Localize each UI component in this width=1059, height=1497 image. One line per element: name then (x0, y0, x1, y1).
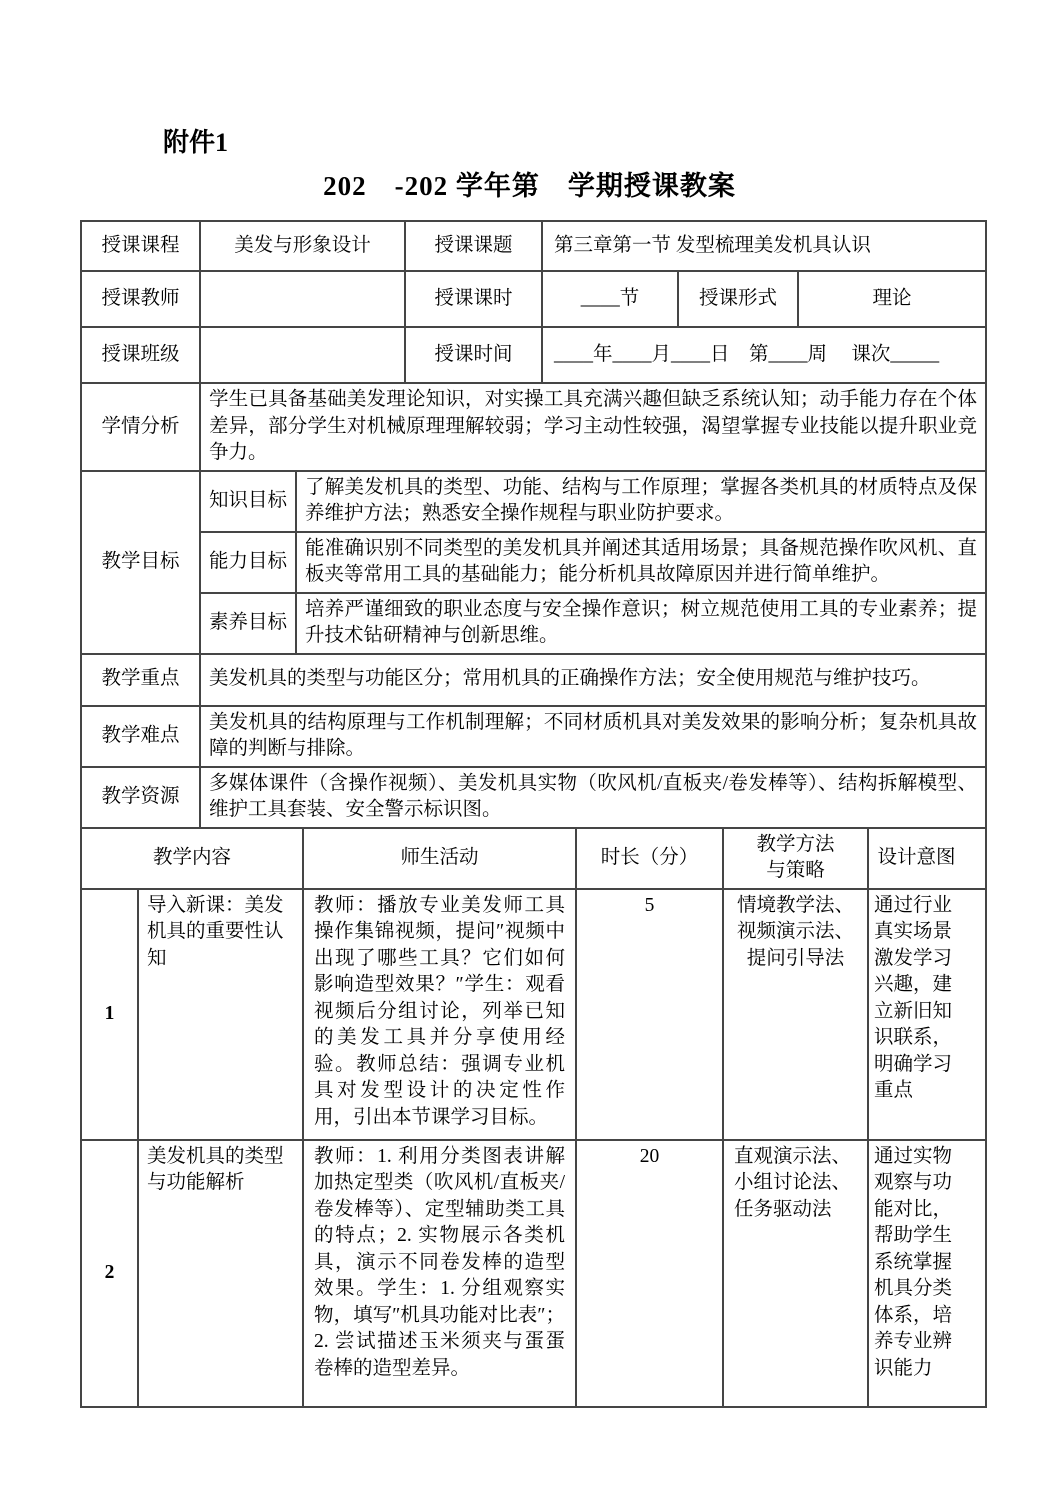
class-label: 授课班级 (82, 342, 199, 369)
key-points-text: 美发机具的类型与功能区分；常用机具的正确操作方法；安全使用规范与维护技巧。 (209, 666, 977, 693)
row1-number: 1 (82, 1001, 137, 1028)
ability-goal-text-cell: 能准确识别不同类型的美发机具并阐述其适用场景；具备规范操作吹风机、直板夹等常用工… (297, 533, 987, 594)
topic-value: 第三章第一节 发型梳理美发机具认识 (554, 233, 985, 260)
analysis-text-cell: 学生已具备基础美发理论知识，对实操工具充满兴趣但缺乏系统认知；动手能力存在个体差… (201, 384, 987, 472)
time-blank: ____年____月____日 第____周 课次_____ (554, 342, 985, 369)
row1-intent-cell: 通过行业真实场景激发学习兴趣，建立新旧知识联系，明确学习重点 (869, 890, 987, 1141)
key-points-row: 教学重点 美发机具的类型与功能区分；常用机具的正确操作方法；安全使用规范与维护技… (82, 655, 987, 707)
row2-number-cell: 2 (82, 1141, 139, 1408)
header-method: 教学方法 与策略 (734, 832, 857, 885)
header-content-cell: 教学内容 (82, 829, 304, 890)
row2-intent: 通过实物观察与功能对比，帮助学生系统掌握机具分类体系，培养专业辨识能力 (874, 1144, 959, 1383)
literacy-goal-label: 素养目标 (201, 610, 295, 637)
header-content: 教学内容 (82, 845, 302, 872)
row1-intent: 通过行业真实场景激发学习兴趣，建立新旧知识联系，明确学习重点 (874, 893, 959, 1105)
topic-label-cell: 授课课题 (406, 222, 543, 272)
form-label: 授课形式 (679, 286, 797, 313)
objective-ability-row: 能力目标 能准确识别不同类型的美发机具并阐述其适用场景；具备规范操作吹风机、直板… (201, 533, 987, 594)
row2-content: 美发机具的类型与功能解析 (147, 1144, 294, 1197)
header-activity: 师生活动 (304, 845, 575, 872)
teacher-label-cell: 授课教师 (82, 272, 201, 328)
attachment-label: 附件1 (163, 0, 1059, 158)
objectives-row: 教学目标 知识目标 了解美发机具的类型、功能、结构与工作原理；掌握各类机具的材质… (82, 472, 987, 655)
row1-number-cell: 1 (82, 890, 139, 1141)
difficulties-label: 教学难点 (82, 723, 199, 750)
objectives-label: 教学目标 (82, 549, 199, 576)
ability-goal-text: 能准确识别不同类型的美发机具并阐述其适用场景；具备规范操作吹风机、直板夹等常用工… (305, 536, 977, 589)
topic-value-cell: 第三章第一节 发型梳理美发机具认识 (543, 222, 987, 272)
objectives-label-cell: 教学目标 (82, 472, 201, 655)
difficulties-label-cell: 教学难点 (82, 707, 201, 768)
plan-row-1: 1 导入新课：美发机具的重要性认知 教师：播放专业美发师工具操作集锦视频，提问″… (82, 890, 987, 1141)
teacher-label: 授课教师 (82, 286, 199, 313)
resources-text: 多媒体课件（含操作视频）、美发机具实物（吹风机/直板夹/卷发棒等）、结构拆解模型… (209, 771, 977, 824)
analysis-row: 学情分析 学生已具备基础美发理论知识，对实操工具充满兴趣但缺乏系统认知；动手能力… (82, 384, 987, 472)
ability-goal-label: 能力目标 (201, 549, 295, 576)
key-points-label: 教学重点 (82, 666, 199, 693)
objective-knowledge-row: 知识目标 了解美发机具的类型、功能、结构与工作原理；掌握各类机具的材质特点及保养… (201, 472, 987, 533)
row2-activity-cell: 教师：1. 利用分类图表讲解加热定型类（吹风机/直板夹/卷发棒等）、定型辅助类工… (304, 1141, 577, 1408)
literacy-goal-text: 培养严谨细致的职业态度与安全操作意识；树立规范使用工具的专业素养；提升技术钻研精… (305, 597, 977, 650)
ability-goal-label-cell: 能力目标 (201, 533, 297, 594)
hours-label: 授课课时 (406, 286, 541, 313)
row1-content: 导入新课：美发机具的重要性认知 (147, 893, 294, 973)
objective-literacy-row: 素养目标 培养严谨细致的职业态度与安全操作意识；树立规范使用工具的专业素养；提升… (201, 594, 987, 655)
row1-activity: 教师：播放专业美发师工具操作集锦视频，提问″视频中出现了哪些工具？它们如何影响造… (314, 893, 565, 1132)
key-points-label-cell: 教学重点 (82, 655, 201, 707)
time-value-cell: ____年____月____日 第____周 课次_____ (543, 328, 987, 384)
row1-duration-cell: 5 (577, 890, 724, 1141)
knowledge-goal-text: 了解美发机具的类型、功能、结构与工作原理；掌握各类机具的材质特点及保养维护方法；… (305, 475, 977, 528)
time-label-cell: 授课时间 (406, 328, 543, 384)
resources-label-cell: 教学资源 (82, 768, 201, 829)
difficulties-text-cell: 美发机具的结构原理与工作机制理解；不同材质机具对美发效果的影响分析；复杂机具故障… (201, 707, 987, 768)
info-row-class: 授课班级 授课时间 ____年____月____日 第____周 课次_____ (82, 328, 987, 384)
topic-label: 授课课题 (406, 233, 541, 260)
row2-activity: 教师：1. 利用分类图表讲解加热定型类（吹风机/直板夹/卷发棒等）、定型辅助类工… (314, 1144, 565, 1383)
course-value: 美发与形象设计 (201, 233, 404, 260)
plan-row-2: 2 美发机具的类型与功能解析 教师：1. 利用分类图表讲解加热定型类（吹风机/直… (82, 1141, 987, 1408)
resources-row: 教学资源 多媒体课件（含操作视频）、美发机具实物（吹风机/直板夹/卷发棒等）、结… (82, 768, 987, 829)
resources-label: 教学资源 (82, 784, 199, 811)
literacy-goal-label-cell: 素养目标 (201, 594, 297, 655)
form-value-cell: 理论 (799, 272, 987, 328)
row2-intent-cell: 通过实物观察与功能对比，帮助学生系统掌握机具分类体系，培养专业辨识能力 (869, 1141, 987, 1408)
header-duration: 时长（分） (577, 845, 722, 872)
row2-duration: 20 (577, 1144, 722, 1171)
knowledge-goal-label: 知识目标 (201, 488, 295, 515)
form-label-cell: 授课形式 (679, 272, 799, 328)
class-value-cell (201, 328, 406, 384)
row1-method: 情境教学法、视频演示法、提问引导法 (734, 893, 857, 973)
info-row-course: 授课课程 美发与形象设计 授课课题 第三章第一节 发型梳理美发机具认识 (82, 222, 987, 272)
class-label-cell: 授课班级 (82, 328, 201, 384)
row1-duration: 5 (577, 893, 722, 920)
course-label: 授课课程 (82, 233, 199, 260)
row2-method: 直观演示法、小组讨论法、任务驱动法 (734, 1144, 857, 1224)
course-value-cell: 美发与形象设计 (201, 222, 406, 272)
plan-header-row: 教学内容 师生活动 时长（分） 教学方法 与策略 设计意图 (82, 829, 987, 890)
resources-text-cell: 多媒体课件（含操作视频）、美发机具实物（吹风机/直板夹/卷发棒等）、结构拆解模型… (201, 768, 987, 829)
row2-method-cell: 直观演示法、小组讨论法、任务驱动法 (724, 1141, 869, 1408)
form-value: 理论 (799, 286, 985, 313)
row1-activity-cell: 教师：播放专业美发师工具操作集锦视频，提问″视频中出现了哪些工具？它们如何影响造… (304, 890, 577, 1141)
header-duration-cell: 时长（分） (577, 829, 724, 890)
course-label-cell: 授课课程 (82, 222, 201, 272)
row2-number: 2 (82, 1260, 137, 1287)
knowledge-goal-text-cell: 了解美发机具的类型、功能、结构与工作原理；掌握各类机具的材质特点及保养维护方法；… (297, 472, 987, 533)
header-activity-cell: 师生活动 (304, 829, 577, 890)
header-method-cell: 教学方法 与策略 (724, 829, 869, 890)
analysis-text: 学生已具备基础美发理论知识，对实操工具充满兴趣但缺乏系统认知；动手能力存在个体差… (209, 387, 977, 467)
objectives-sublist: 知识目标 了解美发机具的类型、功能、结构与工作原理；掌握各类机具的材质特点及保养… (201, 472, 987, 655)
key-points-text-cell: 美发机具的类型与功能区分；常用机具的正确操作方法；安全使用规范与维护技巧。 (201, 655, 987, 707)
difficulties-text: 美发机具的结构原理与工作机制理解；不同材质机具对美发效果的影响分析；复杂机具故障… (209, 710, 977, 763)
time-label: 授课时间 (406, 342, 541, 369)
hours-value-cell: ____节 (543, 272, 679, 328)
row2-content-cell: 美发机具的类型与功能解析 (139, 1141, 304, 1408)
document-page: 附件1 202 -202 学年第 学期授课教案 授课课程 美发与形象设计 授课课… (0, 0, 1059, 1408)
hours-blank: ____节 (543, 286, 677, 313)
hours-label-cell: 授课课时 (406, 272, 543, 328)
row1-content-cell: 导入新课：美发机具的重要性认知 (139, 890, 304, 1141)
page-title: 202 -202 学年第 学期授课教案 (0, 170, 1059, 202)
teacher-value-cell (201, 272, 406, 328)
row2-duration-cell: 20 (577, 1141, 724, 1408)
analysis-label: 学情分析 (82, 414, 199, 441)
analysis-label-cell: 学情分析 (82, 384, 201, 472)
header-intent: 设计意图 (874, 845, 959, 872)
literacy-goal-text-cell: 培养严谨细致的职业态度与安全操作意识；树立规范使用工具的专业素养；提升技术钻研精… (297, 594, 987, 655)
lesson-plan-table: 授课课程 美发与形象设计 授课课题 第三章第一节 发型梳理美发机具认识 授课教师… (80, 220, 987, 1408)
info-row-teacher: 授课教师 授课课时 ____节 授课形式 理论 (82, 272, 987, 328)
difficulties-row: 教学难点 美发机具的结构原理与工作机制理解；不同材质机具对美发效果的影响分析；复… (82, 707, 987, 768)
header-intent-cell: 设计意图 (869, 829, 987, 890)
knowledge-goal-label-cell: 知识目标 (201, 472, 297, 533)
row1-method-cell: 情境教学法、视频演示法、提问引导法 (724, 890, 869, 1141)
